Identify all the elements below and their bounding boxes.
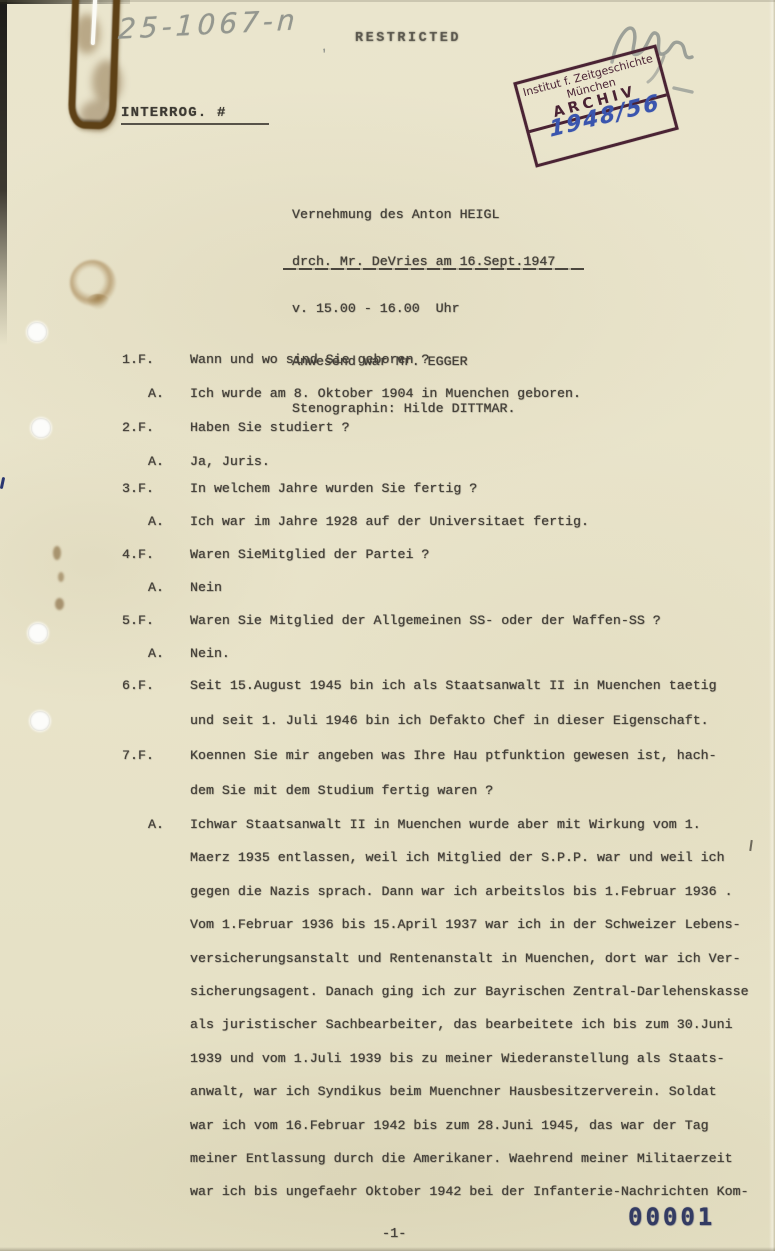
qa-label: 5.F.: [122, 613, 190, 628]
qa-text: Ich war im Jahre 1928 auf der Universita…: [190, 514, 589, 529]
punch-hole: [27, 322, 47, 342]
qa-text: In welchem Jahre wurden Sie fertig ?: [190, 481, 477, 496]
qa-row-question: 2.F.Haben Sie studiert ?: [122, 420, 762, 435]
qa-row-question: 6.F.Seit 15.August 1945 bin ich als Staa…: [122, 668, 762, 738]
stain-speck: [53, 546, 61, 560]
qa-label: 7.F.: [122, 738, 190, 773]
qa-label: 2.F.: [122, 420, 190, 435]
scan-edge-left: [0, 0, 7, 345]
qa-text: Waren Sie Mitglied der Allgemeinen SS- o…: [190, 613, 661, 628]
qa-text: Ichwar Staatsanwalt II in Muenchen wurde…: [190, 808, 749, 1209]
qa-row-answer: A.Nein: [122, 580, 762, 595]
stain-speck: [55, 598, 64, 610]
scan-edge-right: [769, 0, 775, 1251]
qa-row-answer: A.Ichwar Staatsanwalt II in Muenchen wur…: [122, 808, 762, 1209]
qa-label: A.: [122, 808, 190, 841]
stain-speck: [58, 572, 64, 582]
pen-mark: [0, 477, 5, 489]
header-line: Vernehmung des Anton HEIGL: [292, 206, 555, 223]
qa-text: Seit 15.August 1945 bin ich als Staatsan…: [190, 668, 717, 738]
qa-text: Waren SieMitglied der Partei ?: [190, 547, 429, 562]
stain-crescent: [86, 294, 110, 310]
qa-text: Haben Sie studiert ?: [190, 420, 350, 435]
header-rule: [283, 268, 584, 270]
restricted-stamp: RESTRICTED: [355, 31, 461, 46]
punch-hole: [28, 623, 48, 643]
qa-label: A.: [122, 454, 190, 469]
qa-text: Nein: [190, 580, 222, 595]
qa-text: Nein.: [190, 646, 230, 661]
qa-label: A.: [122, 646, 190, 661]
qa-label: 4.F.: [122, 547, 190, 562]
qa-row-question: 1.F.Wann und wo sind Sie geboren ?: [122, 352, 762, 367]
qa-label: A.: [122, 580, 190, 595]
pencil-tick: ,: [317, 36, 328, 56]
qa-label: 3.F.: [122, 481, 190, 496]
qa-text: Ja, Juris.: [190, 454, 270, 469]
page-number: -1-: [382, 1227, 406, 1242]
header-line: v. 15.00 - 16.00 Uhr: [292, 300, 555, 317]
qa-label: 1.F.: [122, 352, 190, 367]
punch-hole: [31, 418, 51, 438]
serial-number-stamp: 00001: [628, 1203, 715, 1231]
qa-row-answer: A.Nein.: [122, 646, 762, 661]
handwritten-reference: 25-1067-n: [117, 3, 299, 46]
qa-row-question: 3.F.In welchem Jahre wurden Sie fertig ?: [122, 481, 762, 496]
scanned-document-page: 25-1067-n RESTRICTED , Institut f. Zeitg…: [0, 0, 775, 1251]
qa-text: Ich wurde am 8. Oktober 1904 in Muenchen…: [190, 386, 581, 401]
qa-row-answer: A.Ich war im Jahre 1928 auf der Universi…: [122, 514, 762, 529]
qa-row-question: 5.F.Waren Sie Mitglied der Allgemeinen S…: [122, 613, 762, 628]
qa-label: A.: [122, 386, 190, 401]
header-block: Vernehmung des Anton HEIGL drch. Mr. DeV…: [292, 176, 555, 447]
qa-row-question: 4.F.Waren SieMitglied der Partei ?: [122, 547, 762, 562]
qa-row-answer: A.Ich wurde am 8. Oktober 1904 in Muench…: [122, 386, 762, 401]
punch-hole: [30, 711, 50, 731]
qa-text: Wann und wo sind Sie geboren ?: [190, 352, 429, 367]
qa-text: Koennen Sie mir angeben was Ihre Hau ptf…: [190, 738, 717, 808]
scan-edge-bottom: [0, 1247, 775, 1251]
header-line: Stenographin: Hilde DITTMAR.: [292, 400, 555, 417]
qa-label: A.: [122, 514, 190, 529]
interrog-label: INTERROG. #: [121, 105, 269, 125]
qa-row-question: 7.F.Koennen Sie mir angeben was Ihre Hau…: [122, 738, 762, 808]
qa-label: 6.F.: [122, 668, 190, 703]
qa-row-answer: A.Ja, Juris.: [122, 454, 762, 469]
